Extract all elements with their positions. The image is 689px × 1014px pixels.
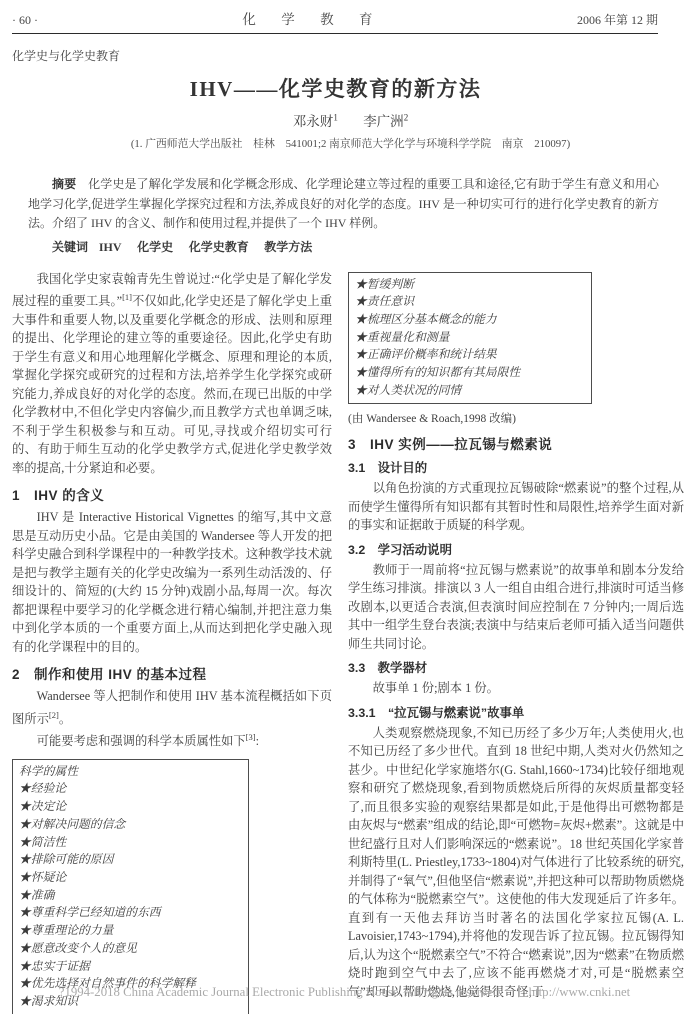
attribute-item: ★决定论 — [19, 798, 242, 816]
left-column: 我国化学史家袁翰青先生曾说过:“化学史是了解化学发展过程的重要工具。”[1]不仅… — [12, 270, 332, 1014]
section-3-3-paragraph: 故事单 1 份;剧本 1 份。 — [348, 679, 684, 698]
attribute-item: ★经验论 — [19, 780, 242, 798]
cnki-url: http://www.cnki.net — [529, 985, 631, 999]
keyword: IHV — [99, 240, 122, 254]
section-2-paragraph: 可能要考虑和强调的科学本质属性如下[3]: — [12, 728, 332, 751]
section-1-paragraph: IHV 是 Interactive Historical Vignettes 的… — [12, 508, 332, 656]
affiliation-line: (1. 广西师范大学出版社 桂林 541001;2 南京师范大学化学与环境科学学… — [12, 136, 689, 151]
attribute-item: ★愿意改变个人的意见 — [19, 940, 242, 958]
section-2-text: 可能要考虑和强调的科学本质属性如下 — [37, 734, 246, 748]
attribute-item: ★正确评价概率和统计结果 — [355, 346, 585, 364]
page-number: · 60 · — [12, 13, 38, 28]
citation-ref-2: [2] — [49, 710, 59, 720]
attribute-item: ★暂缓判断 — [355, 276, 585, 294]
author: 邓永财1 — [293, 114, 338, 129]
attribute-item: ★尊重理论的力量 — [19, 922, 242, 940]
attribute-item: ★忠实于证据 — [19, 958, 242, 976]
attribute-item: ★懂得所有的知识都有其局限性 — [355, 364, 585, 382]
intro-paragraph: 我国化学史家袁翰青先生曾说过:“化学史是了解化学发展过程的重要工具。”[1]不仅… — [12, 270, 332, 478]
section-3-3-1-heading: 3.3.1 “拉瓦锡与燃素说”故事单 — [348, 703, 684, 721]
section-2-paragraph: Wandersee 等人把制作和使用 IHV 基本流程概括如下页图所示[2]。 — [12, 687, 332, 728]
copyright-notice: ?1994-2018 China Academic Journal Electr… — [59, 985, 503, 999]
section-2-text: : — [256, 734, 259, 748]
section-2-heading: 2 制作和使用 IHV 的基本过程 — [12, 663, 332, 683]
abstract-label: 摘要 — [52, 177, 76, 191]
attribute-item: ★简洁性 — [19, 834, 242, 852]
citation-ref-3: [3] — [246, 732, 256, 742]
attribute-item: ★对人类状况的同情 — [355, 382, 585, 400]
scanned-paper-page: · 60 · 化 学 教 育 2006 年第 12 期 化学史与化学史教育 IH… — [0, 0, 689, 1014]
section-3-1-heading: 3.1 设计目的 — [348, 458, 684, 476]
journal-title: 化 学 教 育 — [231, 8, 383, 28]
attribute-item: ★对解决问题的信念 — [19, 816, 242, 834]
story-sheet-paragraph: 人类观察燃烧现象,不知已历经了多少万年;人类使用火,也不知已历经了多少世代。直到… — [348, 724, 684, 1002]
author-affil-sup: 2 — [404, 113, 409, 123]
attribute-item: ★尊重科学已经知道的东西 — [19, 904, 242, 922]
author-affil-sup: 1 — [333, 113, 338, 123]
keywords-label: 关键词 — [52, 240, 88, 254]
attribute-item: ★责任意识 — [355, 293, 585, 311]
section-3-2-heading: 3.2 学习活动说明 — [348, 540, 684, 558]
keyword: 化学史教育 — [189, 240, 249, 254]
science-attributes-box: 科学的属性 ★经验论 ★决定论 ★对解决问题的信念 ★简洁性 ★排除可能的原因 … — [12, 759, 249, 1014]
section-3-heading: 3 IHV 实例——拉瓦锡与燃素说 — [348, 433, 684, 453]
attribute-item: ★重视量化和测量 — [355, 329, 585, 347]
attribute-item: ★怀疑论 — [19, 869, 242, 887]
article-title: IHV——化学史教育的新方法 — [22, 73, 649, 103]
cnki-footer: ?1994-2018 China Academic Journal Electr… — [0, 985, 689, 1000]
section-3-3-heading: 3.3 教学器材 — [348, 658, 684, 676]
two-column-body: 我国化学史家袁翰青先生曾说过:“化学史是了解化学发展过程的重要工具。”[1]不仅… — [12, 270, 689, 1014]
column-topic-label: 化学史与化学史教育 — [12, 47, 689, 64]
box-source-caption: (由 Wandersee & Roach,1998 改编) — [348, 410, 684, 426]
right-column: ★暂缓判断 ★责任意识 ★梳理区分基本概念的能力 ★重视量化和测量 ★正确评价概… — [348, 270, 684, 1014]
attribute-item: ★准确 — [19, 887, 242, 905]
citation-ref-1: [1] — [122, 292, 132, 302]
section-2-text: 。 — [59, 712, 71, 726]
box-title: 科学的属性 — [19, 763, 242, 781]
section-3-2-paragraph: 教师于一周前将“拉瓦锡与燃素说”的故事单和剧本分发给学生练习排演。排演以 3 人… — [348, 561, 684, 654]
author-name: 李广洲 — [363, 114, 404, 129]
section-1-heading: 1 IHV 的含义 — [12, 484, 332, 504]
keyword: 化学史 — [137, 240, 173, 254]
attribute-item: ★梳理区分基本概念的能力 — [355, 311, 585, 329]
abstract-text: 化学史是了解化学发展和化学概念形成、化学理论建立等过程的重要工具和途径,它有助于… — [28, 177, 659, 230]
issue-label: 2006 年第 12 期 — [577, 11, 658, 28]
keywords-line: 关键词IHV化学史化学史教育教学方法 — [28, 238, 659, 255]
author: 李广洲2 — [363, 114, 408, 129]
abstract: 摘要化学史是了解化学发展和化学概念形成、化学理论建立等过程的重要工具和途径,它有… — [28, 175, 659, 234]
author-line: 邓永财1 李广洲2 — [12, 110, 689, 130]
intro-text: 不仅如此,化学史还是了解化学史上重大事件和重要人物,以及重要化学概念的形成、法则… — [12, 294, 332, 475]
keyword: 教学方法 — [264, 240, 312, 254]
section-3-1-paragraph: 以角色扮演的方式重现拉瓦锡破除“燃素说”的整个过程,从而使学生懂得所有知识都有其… — [348, 479, 684, 535]
page-header: · 60 · 化 学 教 育 2006 年第 12 期 — [12, 8, 658, 34]
attribute-item: ★排除可能的原因 — [19, 851, 242, 869]
habits-of-mind-box: ★暂缓判断 ★责任意识 ★梳理区分基本概念的能力 ★重视量化和测量 ★正确评价概… — [348, 272, 592, 405]
author-name: 邓永财 — [293, 114, 334, 129]
